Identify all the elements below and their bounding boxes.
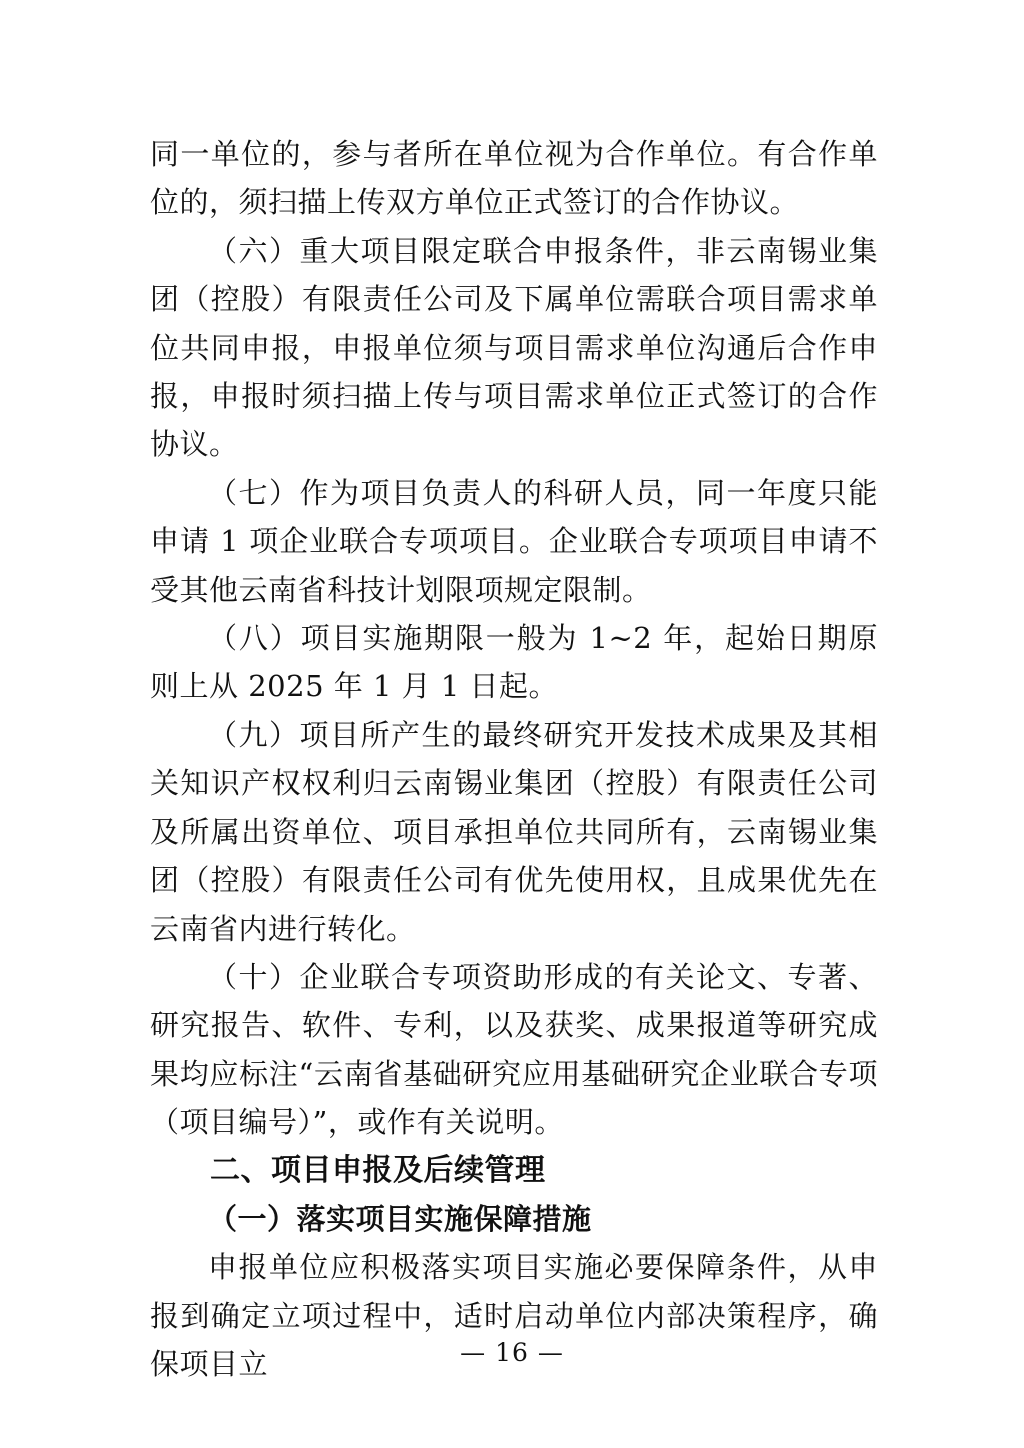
paragraph-item-6: （六）重大项目限定联合申报条件，非云南锡业集团（控股）有限责任公司及下属单位需联… [150,227,878,469]
paragraph-item-7: （七）作为项目负责人的科研人员，同一年度只能申请 1 项企业联合专项项目。企业联… [150,469,878,614]
section-heading: 二、项目申报及后续管理 [150,1147,878,1195]
paragraph-item-8: （八）项目实施期限一般为 1~2 年，起始日期原则上从 2025 年 1 月 1… [150,614,878,711]
document-page: 同一单位的，参与者所在单位视为合作单位。有合作单位的，须扫描上传双方单位正式签订… [0,0,1024,1448]
paragraph-item-10: （十）企业联合专项资助形成的有关论文、专著、研究报告、软件、专利，以及获奖、成果… [150,953,878,1147]
paragraph-continuation: 同一单位的，参与者所在单位视为合作单位。有合作单位的，须扫描上传双方单位正式签订… [150,130,878,227]
document-body: 同一单位的，参与者所在单位视为合作单位。有合作单位的，须扫描上传双方单位正式签订… [150,130,878,1389]
paragraph-item-9: （九）项目所产生的最终研究开发技术成果及其相关知识产权权利归云南锡业集团（控股）… [150,711,878,953]
subsection-heading: （一）落实项目实施保障措施 [150,1195,878,1243]
page-number: — 16 — [0,1338,1024,1368]
